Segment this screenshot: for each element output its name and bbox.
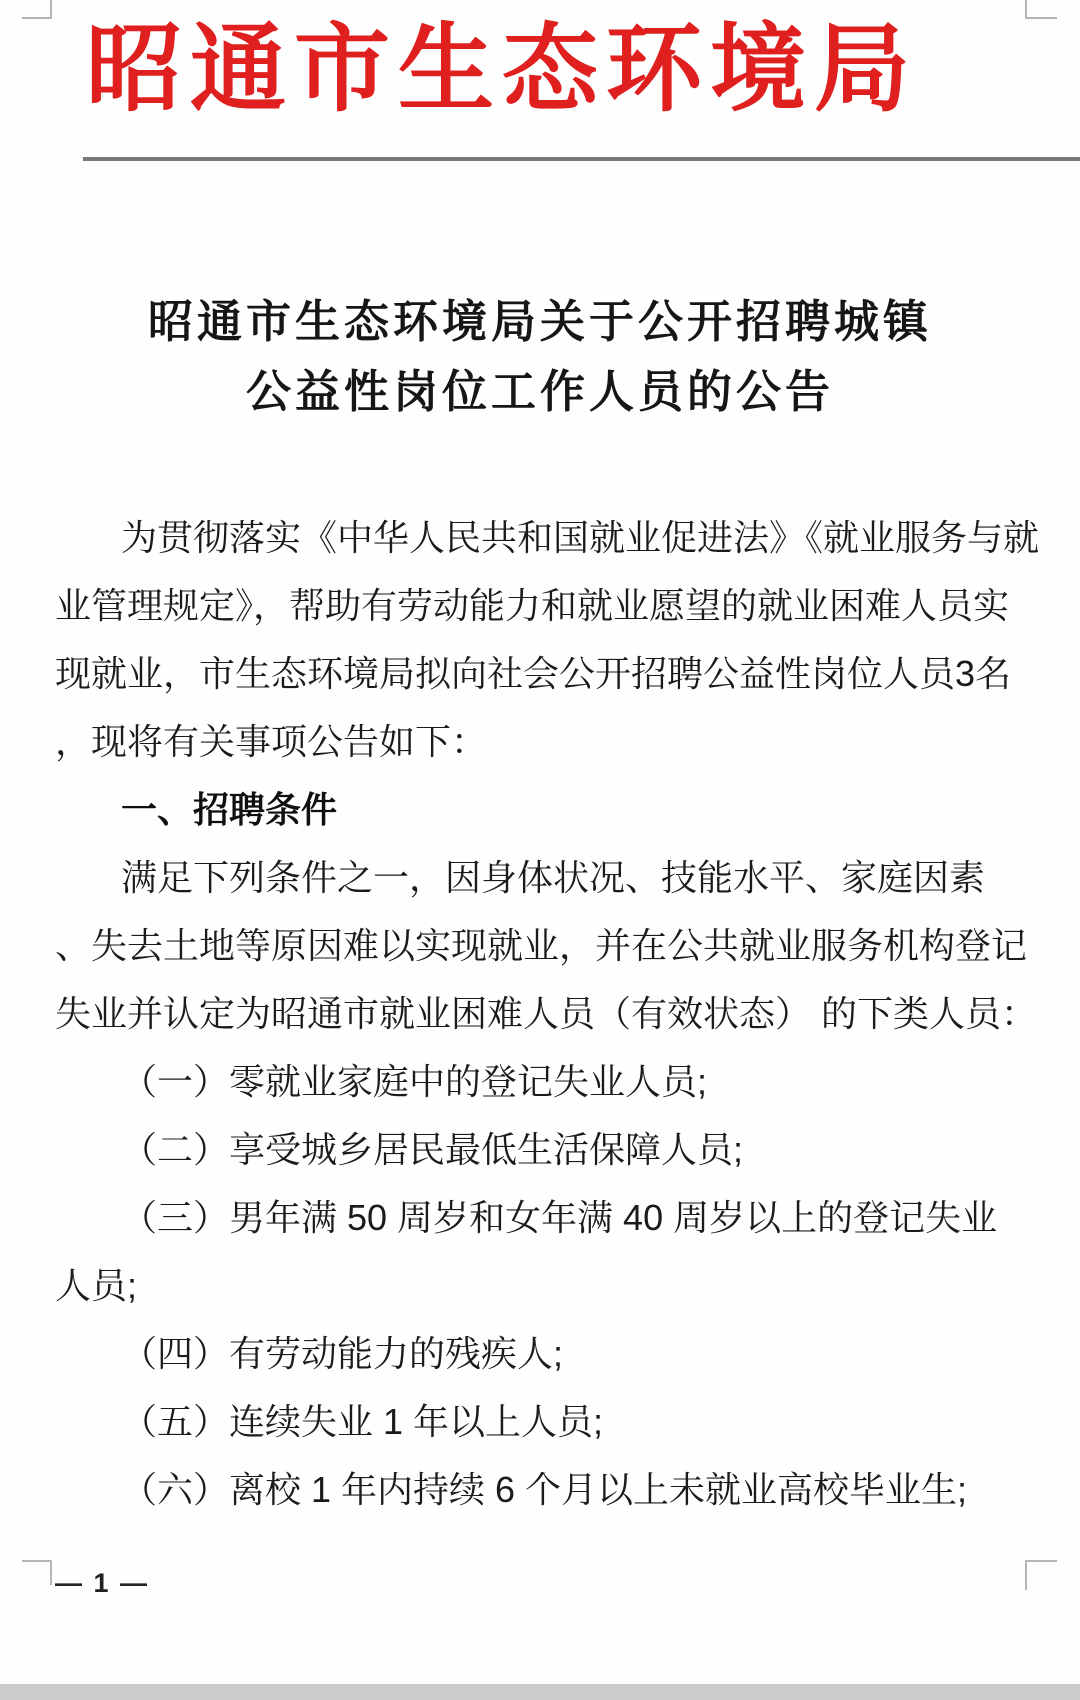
body-line: 现就业，市生态环境局拟向社会公开招聘公益性岗位人员3名 — [55, 640, 1050, 708]
document-page: 昭通市生态环境局 昭通市生态环境局关于公开招聘城镇 公益性岗位工作人员的公告 为… — [0, 0, 1080, 1700]
body-line: 为贯彻落实《中华人民共和国就业促进法》《就业服务与就 — [55, 504, 1050, 572]
list-item: （三）男年满 50 周岁和女年满 40 周岁以上的登记失业 — [55, 1184, 1050, 1252]
document-body: 为贯彻落实《中华人民共和国就业促进法》《就业服务与就 业管理规定》，帮助有劳动能… — [55, 504, 1050, 1524]
body-line: 失业并认定为昭通市就业困难人员（有效状态） 的下类人员： — [55, 980, 1050, 1048]
document-title-line-2: 公益性岗位工作人员的公告 — [0, 357, 1080, 427]
bottom-gray-bar — [0, 1684, 1080, 1700]
crop-mark-top-left — [22, 0, 52, 19]
list-item-continuation: 人员; — [55, 1252, 1050, 1320]
page-number: — 1 — — [55, 1566, 149, 1600]
document-title-line-1: 昭通市生态环境局关于公开招聘城镇 — [0, 287, 1080, 357]
body-line: 满足下列条件之一，因身体状况、技能水平、家庭因素 — [55, 844, 1050, 912]
crop-mark-bottom-right — [1025, 1560, 1057, 1590]
list-item: （二）享受城乡居民最低生活保障人员; — [55, 1116, 1050, 1184]
list-item: （五）连续失业 1 年以上人员; — [55, 1388, 1050, 1456]
list-item: （六）离校 1 年内持续 6 个月以上未就业高校毕业生; — [55, 1456, 1050, 1524]
body-line: ，现将有关事项公告如下： — [55, 708, 1050, 776]
crop-mark-bottom-left — [22, 1560, 52, 1585]
list-item: （一）零就业家庭中的登记失业人员; — [55, 1048, 1050, 1116]
body-line: 、失去土地等原因难以实现就业，并在公共就业服务机构登记 — [55, 912, 1050, 980]
body-line: 业管理规定》，帮助有劳动能力和就业愿望的就业困难人员实 — [55, 572, 1050, 640]
agency-masthead: 昭通市生态环境局 — [86, 14, 918, 126]
masthead-divider-line — [83, 157, 1080, 161]
section-heading: 一、招聘条件 — [55, 776, 1050, 844]
crop-mark-top-right — [1025, 0, 1057, 19]
list-item: （四）有劳动能力的残疾人; — [55, 1320, 1050, 1388]
document-title: 昭通市生态环境局关于公开招聘城镇 公益性岗位工作人员的公告 — [0, 287, 1080, 427]
